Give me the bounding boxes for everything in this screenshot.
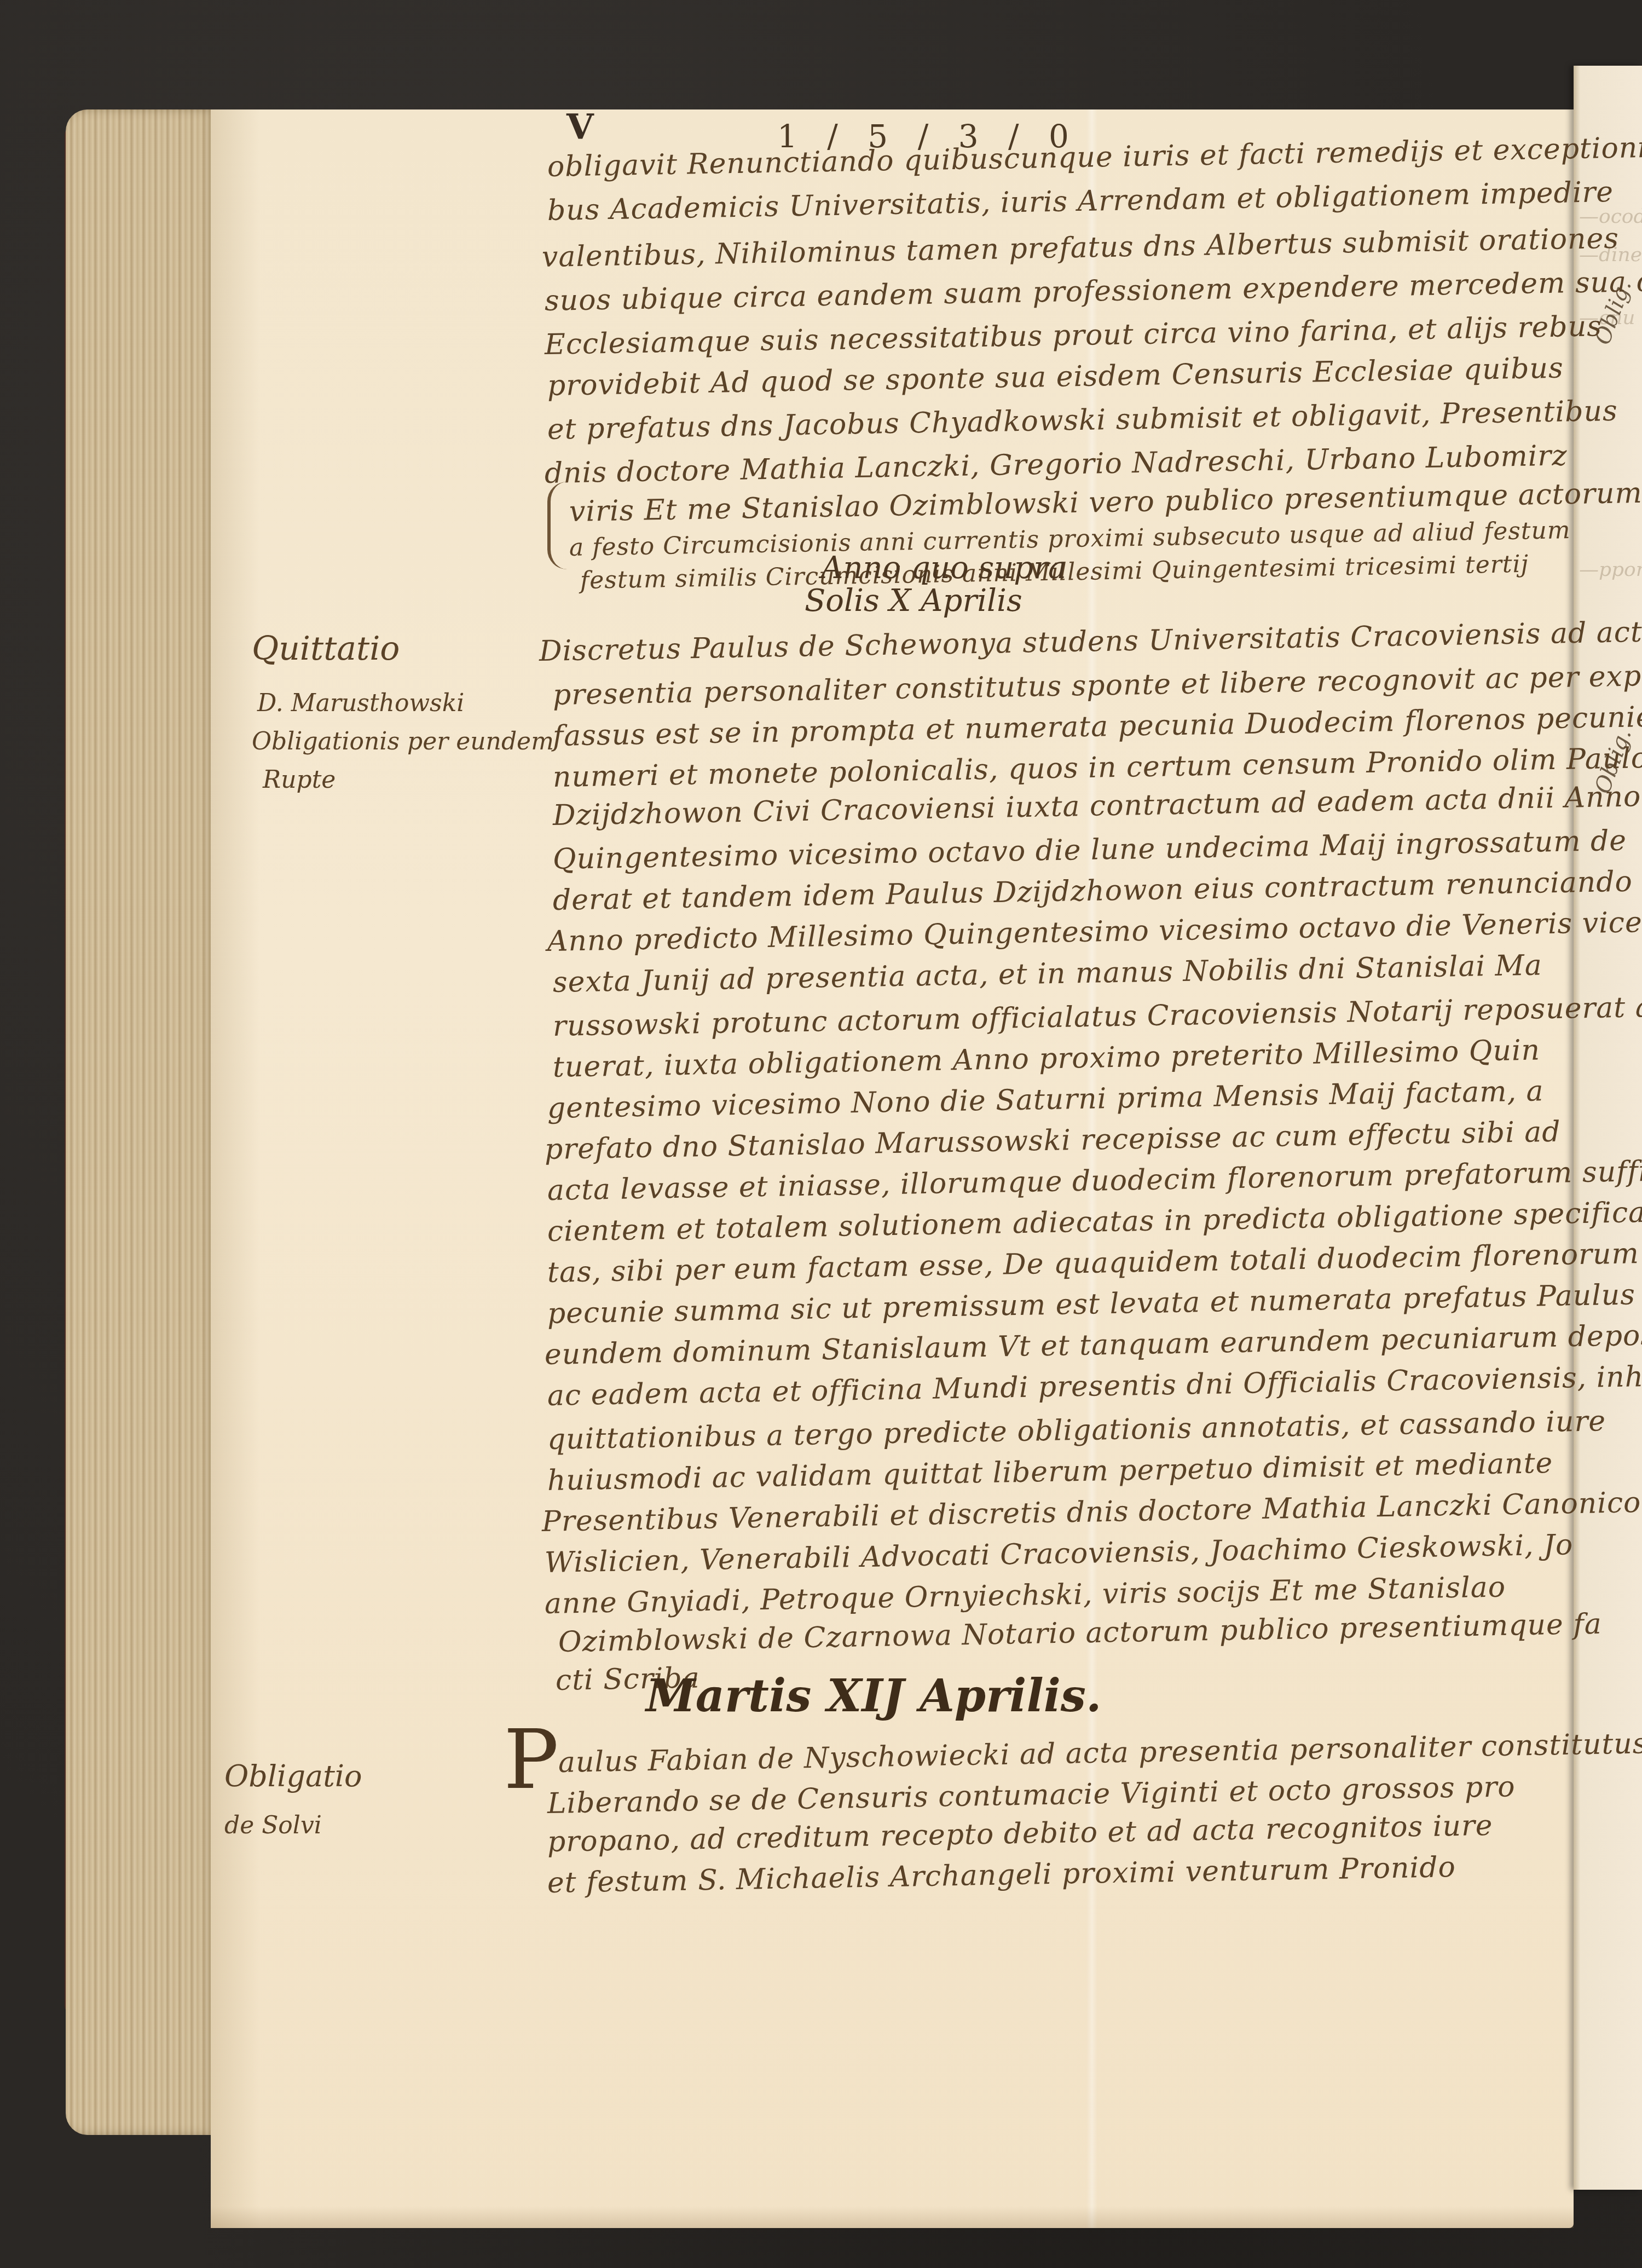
heading-martis-date: Martis XIJ Aprilis. xyxy=(646,1670,1102,1722)
heading-date: Solis X Aprilis xyxy=(805,583,1022,619)
margin-note-line: D. Marusthowski xyxy=(257,684,464,723)
adjacent-page-edge: —ocodum —dinere —cnu —ppone Oblig. Oblig… xyxy=(1574,66,1642,2190)
folio-mark: V xyxy=(566,107,594,148)
margin-note-line: Obligationis per eundem xyxy=(252,723,554,761)
book-page-edges xyxy=(66,109,216,2135)
margin-note-title: Quittatio xyxy=(252,630,400,668)
margin-note-line: Rupte xyxy=(263,761,336,799)
margin-note-line: de Solvi xyxy=(224,1807,322,1845)
bracket-mark xyxy=(547,482,567,569)
heading-anno-quo-supra: Anno quo supra xyxy=(821,550,1066,586)
margin-note-title: Obligatio xyxy=(224,1757,362,1796)
bleed-through-text: —ppone xyxy=(1579,558,1642,581)
